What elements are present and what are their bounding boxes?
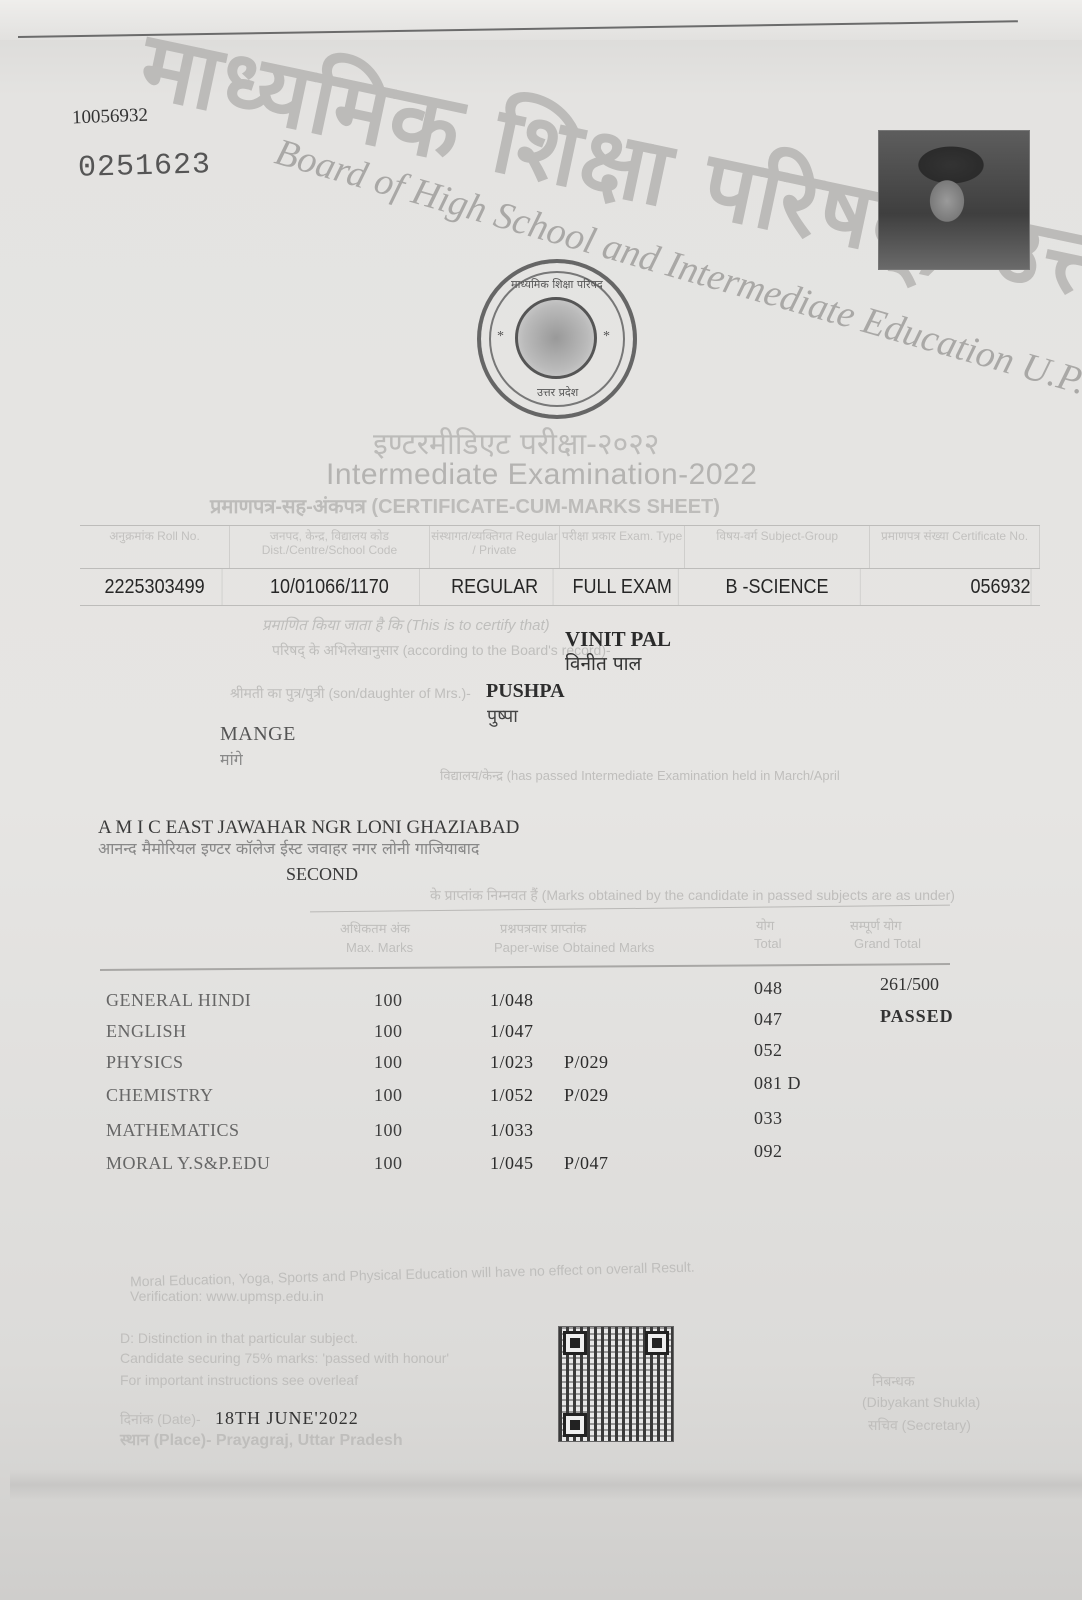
exam-type: FULL EXAM <box>566 569 679 605</box>
table-row: MATHEMATICS 100 1/033 033 <box>106 1120 986 1153</box>
marks-table: GENERAL HINDI 100 1/048 048 ENGLISH 100 … <box>106 976 986 1174</box>
header-grand-total: Grand Total <box>854 936 921 951</box>
signatory-name: (Dibyakant Shukla) <box>862 1394 980 1410</box>
paper-marks: 1/023 <box>490 1052 534 1073</box>
header-max-marks: Max. Marks <box>346 940 413 955</box>
qr-finder-icon <box>645 1331 669 1355</box>
roll-no: 2225303499 <box>88 569 223 605</box>
practical-marks: P/047 <box>564 1153 609 1174</box>
footnote: Verification: www.upmsp.edu.in <box>130 1288 324 1304</box>
footnote: Moral Education, Yoga, Sports and Physic… <box>130 1259 695 1290</box>
seal-top-text: माध्यमिक शिक्षा परिषद <box>511 277 603 292</box>
paper-marks: 1/048 <box>490 990 534 1011</box>
certificate-no: 056932 <box>879 569 1032 605</box>
signatory-title: निबन्धक <box>872 1372 915 1391</box>
header-certificate-no: प्रमाणपत्र संख्या Certificate No. <box>870 526 1040 568</box>
son-daughter-text: श्रीमती का पुत्र/पुत्री (son/daughter of… <box>230 684 471 703</box>
subject-name: ENGLISH <box>106 1021 187 1042</box>
father-name-hindi: मांगे <box>220 748 243 770</box>
candidate-name-hindi: विनीत पाल <box>565 650 641 676</box>
total-marks: 052 <box>754 1040 783 1061</box>
division: SECOND <box>286 864 358 885</box>
grand-total: 261/500 <box>880 974 939 995</box>
table-row: PHYSICS 100 1/023 P/029 052 <box>106 1052 986 1085</box>
header-roll-no: अनुक्रमांक Roll No. <box>80 526 230 568</box>
divider <box>310 905 950 913</box>
table-row: ENGLISH 100 1/047 047 <box>106 1021 986 1054</box>
issue-date: 18TH JUNE'2022 <box>215 1408 359 1429</box>
max-marks: 100 <box>374 1120 403 1141</box>
marksheet: 10056932 0251623 माध्यमिक शिक्षा परिषद्,… <box>10 30 1082 1600</box>
qr-finder-icon <box>563 1331 587 1355</box>
header-exam-type: परीक्षा प्रकार Exam. Type <box>560 526 685 568</box>
paper-marks: 1/045 <box>490 1153 534 1174</box>
max-marks: 100 <box>374 1021 403 1042</box>
total-marks: 081 D <box>754 1073 801 1094</box>
header-regular-private: संस्थागत/व्यक्तिगत Regular / Private <box>430 526 560 568</box>
signatory-designation: सचिव (Secretary) <box>868 1416 971 1435</box>
practical-marks: P/029 <box>564 1085 609 1106</box>
candidate-name-english: VINIT PAL <box>565 627 671 652</box>
certify-text: प्रमाणित किया जाता है कि (This is to cer… <box>262 615 550 635</box>
table-row: CHEMISTRY 100 1/052 P/029 081 D <box>106 1085 986 1118</box>
father-name-english: MANGE <box>220 723 296 746</box>
exam-title-hindi: इण्टरमीडिएट परीक्षा-२०२२ <box>373 422 659 463</box>
total-marks: 033 <box>754 1108 783 1129</box>
footnote: For important instructions see overleaf <box>120 1372 358 1388</box>
subject-name: CHEMISTRY <box>106 1085 214 1106</box>
paper-marks: 1/033 <box>490 1120 534 1141</box>
according-text: परिषद् के अभिलेखानुसार (according to the… <box>272 641 611 660</box>
marks-intro-text: के प्राप्तांक निम्नवत हैं (Marks obtaine… <box>430 886 955 905</box>
header-total-hindi: योग <box>756 916 774 934</box>
total-marks: 047 <box>754 1009 783 1030</box>
place-of-issue: स्थान (Place)- Prayagraj, Uttar Pradesh <box>120 1428 403 1450</box>
total-marks: 048 <box>754 978 783 999</box>
footnote: Candidate securing 75% marks: 'passed wi… <box>120 1350 449 1366</box>
school-name-english: A M I C EAST JAWAHAR NGR LONI GHAZIABAD <box>98 817 519 839</box>
footnote: D: Distinction in that particular subjec… <box>120 1330 358 1346</box>
subject-group: B -SCIENCE <box>694 569 860 605</box>
exam-title-english: Intermediate Examination-2022 <box>326 458 757 492</box>
info-table-header: अनुक्रमांक Roll No. जनपद, केन्द्र, विद्य… <box>80 526 1040 568</box>
star-icon: * <box>497 329 504 345</box>
star-icon: * <box>603 329 610 345</box>
header-paperwise-hindi: प्रश्नपत्रवार प्राप्तांक <box>500 919 586 937</box>
info-table-row: 2225303499 10/01066/1170 REGULAR FULL EX… <box>80 568 1040 606</box>
header-paperwise: Paper-wise Obtained Marks <box>494 940 654 955</box>
divider <box>100 963 950 971</box>
max-marks: 100 <box>374 1052 403 1073</box>
board-seal-icon: माध्यमिक शिक्षा परिषद * * उत्तर प्रदेश <box>477 259 637 419</box>
subject-name: MATHEMATICS <box>106 1120 240 1141</box>
subject-name: MORAL Y.S&P.EDU <box>106 1153 270 1174</box>
seal-bottom-text: उत्तर प्रदेश <box>537 385 578 400</box>
header-subject-group: विषय-वर्ग Subject-Group <box>685 526 870 568</box>
header-total: Total <box>754 936 781 951</box>
school-name-hindi: आनन्द मैमोरियल इण्टर कॉलेज ईस्ट जवाहर नग… <box>98 837 479 859</box>
paper-marks: 1/052 <box>490 1085 534 1106</box>
qr-finder-icon <box>563 1413 587 1437</box>
header-school-code: जनपद, केन्द्र, विद्यालय कोड Dist./Centre… <box>230 526 430 568</box>
result-status: PASSED <box>880 1006 954 1027</box>
paper-marks: 1/047 <box>490 1021 534 1042</box>
max-marks: 100 <box>374 1085 403 1106</box>
mother-name-english: PUSHPA <box>486 680 565 703</box>
subject-name: GENERAL HINDI <box>106 990 251 1011</box>
subject-name: PHYSICS <box>106 1052 184 1073</box>
candidate-info-table: अनुक्रमांक Roll No. जनपद, केन्द्र, विद्य… <box>80 525 1040 606</box>
date-label: दिनांक (Date)- <box>120 1410 201 1429</box>
qr-code-icon <box>558 1326 674 1442</box>
table-row: GENERAL HINDI 100 1/048 048 <box>106 990 986 1023</box>
table-row: MORAL Y.S&P.EDU 100 1/045 P/047 092 <box>106 1153 986 1186</box>
page-fold-shadow <box>10 1470 1082 1500</box>
serial-number-large: 0251623 <box>78 148 212 185</box>
max-marks: 100 <box>374 1153 403 1174</box>
document-type: प्रमाणपत्र-सह-अंकपत्र (CERTIFICATE-CUM-M… <box>210 492 720 519</box>
regular-private: REGULAR <box>436 569 553 605</box>
header-max-marks-hindi: अधिकतम अंक <box>340 919 410 937</box>
school-code: 10/01066/1170 <box>240 569 420 605</box>
emblem-icon <box>515 297 597 379</box>
total-marks: 092 <box>754 1141 783 1162</box>
header-grand-total-hindi: सम्पूर्ण योग <box>850 916 902 934</box>
practical-marks: P/029 <box>564 1052 609 1073</box>
mother-name-hindi: पुष्पा <box>487 704 518 728</box>
passed-text: विद्यालय/केन्द्र (has passed Intermediat… <box>440 766 840 784</box>
candidate-photo <box>878 130 1030 270</box>
max-marks: 100 <box>374 990 403 1011</box>
